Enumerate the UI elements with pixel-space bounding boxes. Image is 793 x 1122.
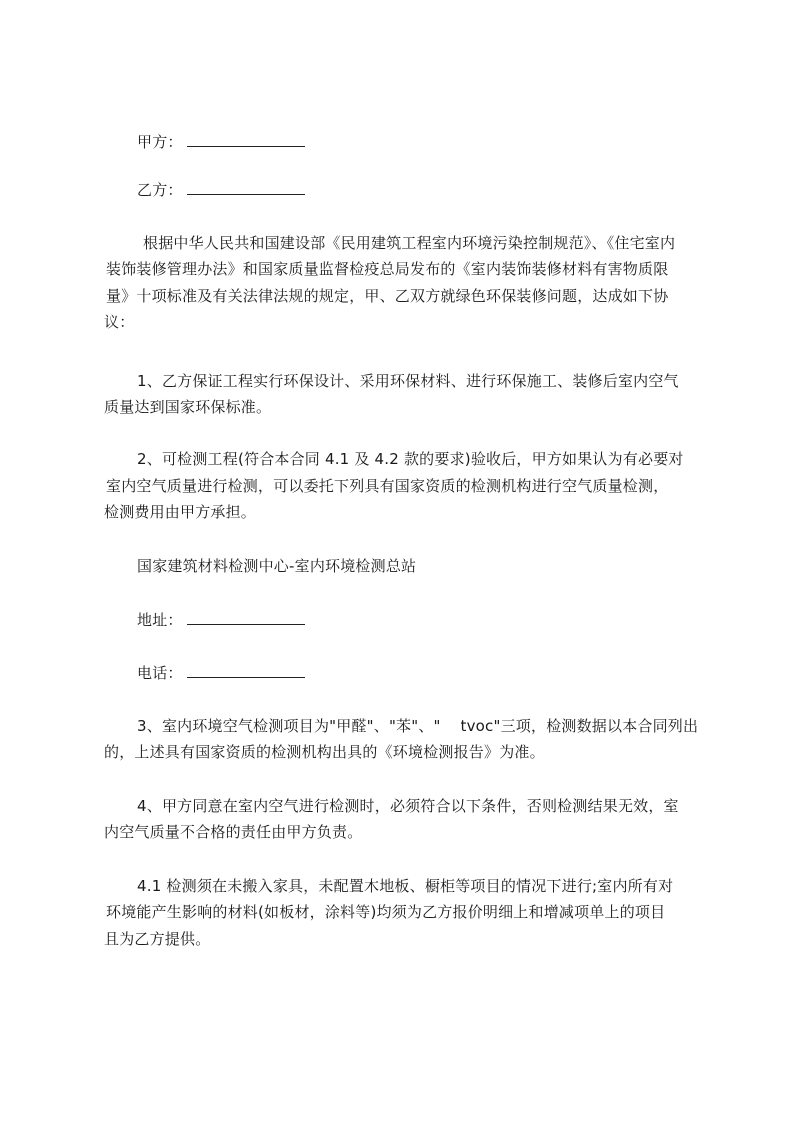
document-page: 甲方： 乙方： 根据中华人民共和国建设部《民用建筑工程室内环境污染控制规范》、《…	[0, 0, 793, 1122]
clause-4-line-2: 内空气质量不合格的责任由甲方负责。	[104, 822, 362, 842]
preamble-line-3: 量》十项标准及有关法律法规的规定，甲、乙双方就绿色环保装修问题，达成如下协	[106, 286, 668, 306]
clause-4-1-line-2: 环境能产生影响的材料(如板材，涂料等)均须为乙方报价明细上和增减项单上的项目	[106, 902, 665, 922]
address-label: 地址：	[137, 611, 183, 629]
clause-4-line-1: 4、甲方同意在室内空气进行检测时，必须符合以下条件，否则检测结果无效，室	[137, 796, 679, 816]
party-a-line: 甲方：	[137, 132, 305, 152]
phone-label: 电话：	[137, 664, 183, 682]
party-a-blank-field[interactable]	[187, 132, 305, 147]
clause-2-line-1: 2、可检测工程(符合本合同 4.1 及 4.2 款的要求)验收后，甲方如果认为有…	[137, 449, 684, 469]
clause-3-line-2: 的，上述具有国家资质的检测机构出具的《环境检测报告》为准。	[104, 742, 545, 762]
clause-1-line-1: 1、乙方保证工程实行环保设计、采用环保材料、进行环保施工、装修后室内空气	[137, 371, 679, 391]
clause-1-line-2: 质量达到国家环保标准。	[104, 397, 271, 417]
clause-2-line-3: 检测费用由甲方承担。	[104, 502, 256, 522]
party-a-label: 甲方：	[137, 133, 183, 151]
clause-3-line-1: 3、室内环境空气检测项目为"甲醛"、"苯"、" tvoc"三项，检测数据以本合同…	[137, 716, 698, 736]
preamble-line-4: 议：	[104, 312, 134, 332]
agency-address-line: 地址：	[137, 610, 305, 630]
agency-phone-line: 电话：	[137, 663, 305, 683]
party-b-blank-field[interactable]	[187, 180, 305, 195]
phone-blank-field[interactable]	[187, 663, 305, 678]
address-blank-field[interactable]	[187, 610, 305, 625]
clause-4-1-line-1: 4.1 检测须在未搬入家具，未配置木地板、橱柜等项目的情况下进行;室内所有对	[137, 876, 673, 896]
party-b-label: 乙方：	[137, 181, 183, 199]
preamble-line-1: 根据中华人民共和国建设部《民用建筑工程室内环境污染控制规范》、《住宅室内	[143, 233, 675, 253]
clause-2-line-2: 室内空气质量进行检测，可以委托下列具有国家资质的检测机构进行空气质量检测，	[106, 476, 668, 496]
preamble-line-2: 装饰装修管理办法》和国家质量监督检疫总局发布的《室内装饰装修材料有害物质限	[106, 259, 668, 279]
party-b-line: 乙方：	[137, 180, 305, 200]
agency-name: 国家建筑材料检测中心-室内环境检测总站	[137, 556, 416, 576]
clause-4-1-line-3: 且为乙方提供。	[104, 929, 210, 949]
